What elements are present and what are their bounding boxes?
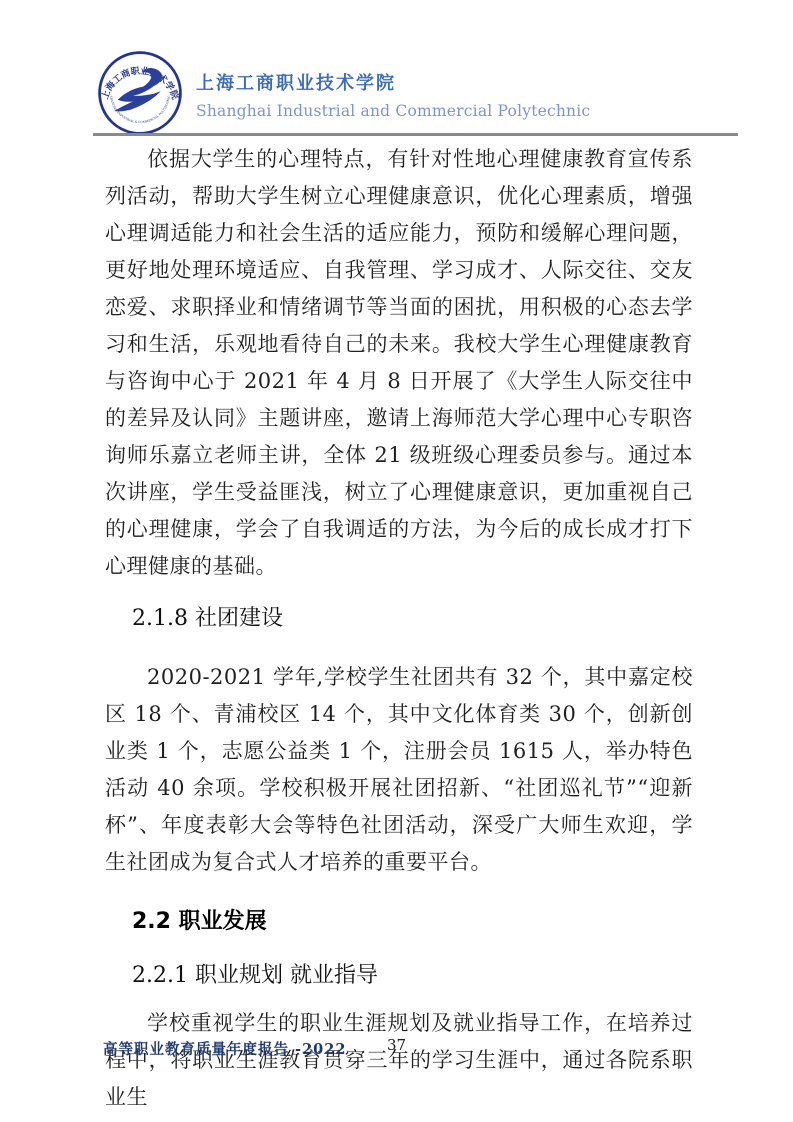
paragraph-mental-health: 依据大学生的心理特点，有针对性地心理健康教育宣传系列活动，帮助大学生树立心理健康… (105, 141, 693, 585)
heading-2-2-1-career-planning: 2.2.1 职业规划 就业指导 (132, 962, 693, 990)
document-page: 上海工商职业技术学院 SHANGHAI INDUSTRIAL & COMMERC… (0, 0, 793, 1122)
heading-2-1-8-club-building: 2.1.8 社团建设 (132, 605, 693, 633)
school-names: 上海工商职业技术学院 Shanghai Industrial and Comme… (196, 67, 590, 120)
school-name-chinese: 上海工商职业技术学院 (196, 69, 590, 95)
paragraph-career: 学校重视学生的职业生涯规划及就业指导工作，在培养过程中，将职业生涯教育贯穿三年的… (105, 1005, 693, 1116)
header-divider (93, 133, 738, 136)
page-number: 37 (0, 1036, 793, 1054)
document-body: 依据大学生的心理特点，有针对性地心理健康教育宣传系列活动，帮助大学生树立心理健康… (105, 141, 693, 1116)
heading-2-2-career-development: 2.2 职业发展 (132, 908, 693, 936)
paragraph-clubs: 2020-2021 学年,学校学生社团共有 32 个，其中嘉定校区 18 个、青… (105, 659, 693, 881)
school-logo-icon: 上海工商职业技术学院 SHANGHAI INDUSTRIAL & COMMERC… (96, 50, 184, 136)
school-name-english: Shanghai Industrial and Commercial Polyt… (196, 102, 590, 120)
page-header: 上海工商职业技术学院 SHANGHAI INDUSTRIAL & COMMERC… (96, 50, 590, 136)
